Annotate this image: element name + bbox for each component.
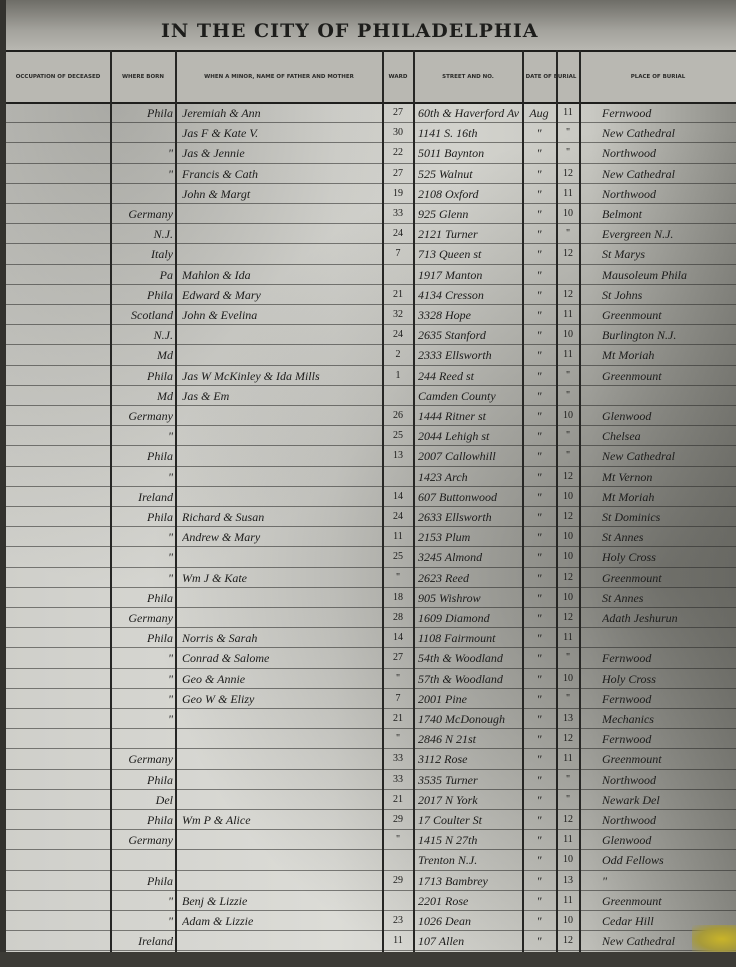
burial-month-cell: " [524,629,554,647]
place-cell: Northwood [602,185,732,203]
born-cell [118,851,177,869]
parents-cell [182,225,382,243]
occupation-cell [10,932,106,950]
burial-month-cell: " [524,831,554,849]
burial-day-cell: 12 [556,569,580,587]
burial-day-cell: 11 [556,831,580,849]
occupation-cell [10,346,106,364]
ward-cell: " [384,831,412,849]
born-cell: Germany [118,831,177,849]
table-row: "Geo W & Elizy72001 Pine""Fernwood [6,688,736,709]
table-row: PhilaNorris & Sarah141108 Fairmount"11 [6,627,736,648]
burial-day-cell: 12 [556,286,580,304]
street-cell: 713 Queen st [418,245,520,263]
table-row: PhilaRichard & Susan242633 Ellsworth"12S… [6,506,736,527]
table-row: "211740 McDonough"13Mechanics [6,708,736,729]
place-cell: " [602,872,732,890]
parents-cell: Benj & Lizzie [182,892,382,910]
occupation-cell [10,912,106,930]
table-row: Phila291713 Bambrey"13" [6,870,736,891]
born-cell: " [118,427,177,445]
occupation-cell [10,205,106,223]
born-cell [118,730,177,748]
table-row: Ireland11107 Allen"12New Cathedral [6,930,736,951]
place-cell: Fernwood [602,690,732,708]
burial-day-cell: 10 [556,205,580,223]
table-row: "Conrad & Salome2754th & Woodland""Fernw… [6,647,736,668]
table-row: Phila333535 Turner""Northwood [6,769,736,790]
burial-month-cell: " [524,205,554,223]
parents-cell [182,771,382,789]
occupation-cell [10,771,106,789]
occupation-cell [10,306,106,324]
burial-day-cell: 10 [556,488,580,506]
burial-month-cell: " [524,367,554,385]
parents-cell: Geo W & Elizy [182,690,382,708]
burial-day-cell: 11 [556,306,580,324]
parents-cell: Mahlon & Ida [182,266,382,284]
header-ward: WARD [383,52,413,102]
burial-month-cell: " [524,165,554,183]
ward-cell: 26 [384,407,412,425]
parents-cell [182,205,382,223]
ward-cell: 29 [384,811,412,829]
occupation-cell [10,750,106,768]
burial-day-cell: " [556,387,580,405]
table-row: "Andrew & Mary112153 Plum"10St Annes [6,526,736,547]
burial-month-cell: " [524,710,554,728]
burial-day-cell: 13 [556,710,580,728]
born-cell: N.J. [118,326,177,344]
born-cell: Phila [118,508,177,526]
occupation-cell [10,468,106,486]
ward-cell: 2 [384,346,412,364]
occupation-cell [10,266,106,284]
street-cell: 1415 N 27th [418,831,520,849]
parents-cell [182,710,382,728]
parents-cell: Conrad & Salome [182,649,382,667]
occupation-cell [10,124,106,142]
burial-month-cell: Aug [524,104,554,122]
table-row: N.J.242635 Stanford"10Burlington N.J. [6,324,736,345]
burial-day-cell: " [556,771,580,789]
place-cell: Northwood [602,771,732,789]
occupation-cell [10,245,106,263]
table-row: MdJas & EmCamden County"" [6,385,736,406]
ward-cell: " [384,569,412,587]
burial-month-cell: " [524,609,554,627]
occupation-cell [10,791,106,809]
burial-day-cell: 11 [556,892,580,910]
street-cell: 3112 Rose [418,750,520,768]
born-cell: Phila [118,589,177,607]
ward-cell: 22 [384,144,412,162]
burial-month-cell: " [524,468,554,486]
occupation-cell [10,104,106,122]
born-cell: " [118,144,177,162]
place-cell: New Cathedral [602,165,732,183]
burial-month-cell: " [524,427,554,445]
street-cell: 3245 Almond [418,548,520,566]
born-cell: Del [118,791,177,809]
street-cell: 2846 N 21st [418,730,520,748]
parents-cell: Jas W McKinley & Ida Mills [182,367,382,385]
parents-cell: Francis & Cath [182,165,382,183]
born-cell: " [118,912,177,930]
place-cell: Mt Moriah [602,488,732,506]
burial-month-cell: " [524,811,554,829]
column-header-row: OCCUPATION OF DECEASED WHERE BORN WHEN A… [6,50,736,104]
table-row: PhilaJas W McKinley & Ida Mills1244 Reed… [6,365,736,386]
place-cell: Odd Fellows [602,851,732,869]
header-occupation: OCCUPATION OF DECEASED [6,52,110,102]
scan-bottom-edge [0,952,736,967]
parents-cell [182,589,382,607]
street-cell: 1609 Diamond [418,609,520,627]
burial-month-cell: " [524,185,554,203]
parents-cell [182,407,382,425]
burial-month-cell: " [524,306,554,324]
street-cell: 1026 Dean [418,912,520,930]
parents-cell [182,427,382,445]
ward-cell: 11 [384,528,412,546]
burial-month-cell: " [524,286,554,304]
table-row: John & Margt192108 Oxford"11Northwood [6,183,736,204]
occupation-cell [10,569,106,587]
ward-cell: " [384,730,412,748]
ward-cell: 21 [384,710,412,728]
burial-day-cell: 12 [556,468,580,486]
ward-cell: 33 [384,205,412,223]
street-cell: 2635 Stanford [418,326,520,344]
place-cell: St Dominics [602,508,732,526]
street-cell: 1740 McDonough [418,710,520,728]
table-row: PhilaEdward & Mary214134 Cresson"12St Jo… [6,284,736,305]
parents-cell: Wm J & Kate [182,569,382,587]
burial-day-cell: " [556,447,580,465]
ward-cell: 32 [384,306,412,324]
table-row: PhilaJeremiah & Ann2760th & Haverford Av… [6,102,736,123]
parents-cell [182,851,382,869]
ward-cell: 29 [384,872,412,890]
burial-day-cell [556,266,580,284]
place-cell: Mausoleum Phila [602,266,732,284]
occupation-cell [10,447,106,465]
parents-cell: Wm P & Alice [182,811,382,829]
burial-month-cell: " [524,346,554,364]
ward-cell: 24 [384,508,412,526]
place-cell: New Cathedral [602,447,732,465]
born-cell [118,185,177,203]
place-cell: Northwood [602,144,732,162]
burial-day-cell: 12 [556,508,580,526]
burial-month-cell: " [524,670,554,688]
street-cell: 2153 Plum [418,528,520,546]
ward-cell: 7 [384,690,412,708]
ward-cell: 7 [384,245,412,263]
ward-cell: 1 [384,367,412,385]
burial-month-cell: " [524,771,554,789]
street-cell: 525 Walnut [418,165,520,183]
place-cell: Belmont [602,205,732,223]
born-cell: Germany [118,609,177,627]
table-row: Ireland14607 Buttonwood"10Mt Moriah [6,486,736,507]
table-row: Phila132007 Callowhill""New Cathedral [6,445,736,466]
place-cell: Greenmount [602,750,732,768]
street-cell: 2201 Rose [418,892,520,910]
parents-cell: John & Evelina [182,306,382,324]
place-cell: Adath Jeshurun [602,609,732,627]
table-row: Phila18905 Wishrow"10St Annes [6,587,736,608]
parents-cell: Andrew & Mary [182,528,382,546]
occupation-cell [10,225,106,243]
burial-day-cell: 10 [556,548,580,566]
title-band: IN THE CITY OF PHILADELPHIA [6,0,736,50]
table-row: "2846 N 21st"12Fernwood [6,728,736,749]
burial-month-cell: " [524,266,554,284]
place-cell: Greenmount [602,367,732,385]
table-row: "Geo & Annie"57th & Woodland"10Holy Cros… [6,668,736,689]
table-row: "Jas & Jennie225011 Baynton""Northwood [6,142,736,163]
born-cell: Germany [118,205,177,223]
place-cell: New Cathedral [602,124,732,142]
burial-month-cell: " [524,528,554,546]
parents-cell: Jeremiah & Ann [182,104,382,122]
burial-month-cell: " [524,912,554,930]
parents-cell [182,791,382,809]
burial-day-cell: 11 [556,185,580,203]
occupation-cell [10,629,106,647]
ward-cell: 33 [384,771,412,789]
table-row: Germany33925 Glenn"10Belmont [6,203,736,224]
occupation-cell [10,326,106,344]
born-cell: Italy [118,245,177,263]
born-cell: " [118,670,177,688]
place-cell: Greenmount [602,892,732,910]
parents-cell: Jas F & Kate V. [182,124,382,142]
table-row: Germany"1415 N 27th"11Glenwood [6,829,736,850]
burial-day-cell: " [556,690,580,708]
ward-cell: 19 [384,185,412,203]
occupation-cell [10,528,106,546]
ward-cell: " [384,670,412,688]
born-cell: " [118,649,177,667]
ward-cell: 27 [384,649,412,667]
street-cell: 1108 Fairmount [418,629,520,647]
ward-cell: 24 [384,326,412,344]
born-cell: " [118,892,177,910]
street-cell: 2333 Ellsworth [418,346,520,364]
place-cell: Newark Del [602,791,732,809]
street-cell: 60th & Haverford Av [418,104,520,122]
table-row: Jas F & Kate V.301141 S. 16th""New Cathe… [6,122,736,143]
table-row: N.J.242121 Turner""Evergreen N.J. [6,223,736,244]
born-cell: " [118,690,177,708]
parents-cell [182,447,382,465]
born-cell: " [118,528,177,546]
ward-cell: 25 [384,548,412,566]
burial-month-cell: " [524,851,554,869]
ward-cell: 24 [384,225,412,243]
burial-day-cell: 11 [556,104,580,122]
burial-month-cell: " [524,225,554,243]
table-row: "253245 Almond"10Holy Cross [6,546,736,567]
table-row: "Benj & Lizzie2201 Rose"11Greenmount [6,890,736,911]
street-cell: 2121 Turner [418,225,520,243]
parents-cell [182,730,382,748]
occupation-cell [10,548,106,566]
burial-day-cell: 12 [556,609,580,627]
place-cell: St Johns [602,286,732,304]
occupation-cell [10,488,106,506]
occupation-cell [10,710,106,728]
occupation-cell [10,690,106,708]
burial-day-cell: 10 [556,589,580,607]
occupation-cell [10,407,106,425]
parents-cell: Adam & Lizzie [182,912,382,930]
place-cell: Mechanics [602,710,732,728]
table-row: PaMahlon & Ida1917 Manton"Mausoleum Phil… [6,264,736,285]
parents-cell [182,468,382,486]
street-cell: 1444 Ritner st [418,407,520,425]
burial-day-cell: 12 [556,811,580,829]
table-row: "Adam & Lizzie231026 Dean"10Cedar Hill [6,910,736,931]
page-title: IN THE CITY OF PHILADELPHIA [161,20,591,42]
parents-cell: John & Margt [182,185,382,203]
place-cell: Fernwood [602,730,732,748]
burial-day-cell: " [556,649,580,667]
burial-day-cell: 12 [556,932,580,950]
born-cell: " [118,548,177,566]
ward-cell: 30 [384,124,412,142]
burial-month-cell: " [524,144,554,162]
place-cell: St Annes [602,589,732,607]
parents-cell [182,548,382,566]
street-cell: 1713 Bambrey [418,872,520,890]
parents-cell: Geo & Annie [182,670,382,688]
burial-day-cell: " [556,791,580,809]
born-cell: Phila [118,104,177,122]
born-cell: Phila [118,811,177,829]
burial-month-cell: " [524,791,554,809]
street-cell: 2044 Lehigh st [418,427,520,445]
burial-day-cell: 11 [556,629,580,647]
header-place: PLACE OF BURIAL [580,52,736,102]
street-cell: Trenton N.J. [418,851,520,869]
burial-day-cell: 10 [556,528,580,546]
occupation-cell [10,872,106,890]
place-cell: Chelsea [602,427,732,445]
street-cell: 2007 Callowhill [418,447,520,465]
occupation-cell [10,589,106,607]
born-cell: " [118,569,177,587]
burial-month-cell: " [524,387,554,405]
parents-cell [182,831,382,849]
occupation-cell [10,508,106,526]
place-cell: Holy Cross [602,670,732,688]
street-cell: 57th & Woodland [418,670,520,688]
born-cell: Pa [118,266,177,284]
burial-day-cell: 10 [556,407,580,425]
ward-cell [384,851,412,869]
street-cell: 3328 Hope [418,306,520,324]
born-cell: Ireland [118,488,177,506]
burial-month-cell: " [524,649,554,667]
parents-cell [182,872,382,890]
parents-cell: Jas & Jennie [182,144,382,162]
burial-month-cell: " [524,447,554,465]
street-cell: 107 Allen [418,932,520,950]
born-cell: " [118,710,177,728]
register-page: IN THE CITY OF PHILADELPHIA OCCUPATION O… [6,0,736,958]
ward-cell: 23 [384,912,412,930]
born-cell: Md [118,387,177,405]
header-date: DATE OF BURIAL [523,52,579,102]
born-cell: Scotland [118,306,177,324]
place-cell: Holy Cross [602,548,732,566]
ward-cell: 33 [384,750,412,768]
burial-month-cell: " [524,730,554,748]
born-cell: Phila [118,629,177,647]
burial-day-cell: 10 [556,851,580,869]
table-row: Md22333 Ellsworth"11Mt Moriah [6,344,736,365]
table-row: Germany333112 Rose"11Greenmount [6,748,736,769]
place-cell [602,629,732,647]
burial-month-cell: " [524,932,554,950]
burial-day-cell: " [556,124,580,142]
street-cell: 607 Buttonwood [418,488,520,506]
occupation-cell [10,609,106,627]
burial-day-cell: 12 [556,165,580,183]
table-row: Trenton N.J."10Odd Fellows [6,849,736,870]
burial-day-cell: 10 [556,912,580,930]
ward-cell: 11 [384,932,412,950]
table-row: PhilaWm P & Alice2917 Coulter St"12North… [6,809,736,830]
burial-month-cell: " [524,407,554,425]
street-cell: 54th & Woodland [418,649,520,667]
table-row: "Francis & Cath27525 Walnut"12New Cathed… [6,163,736,184]
street-cell: 4134 Cresson [418,286,520,304]
street-cell: 2108 Oxford [418,185,520,203]
burial-month-cell: " [524,872,554,890]
occupation-cell [10,286,106,304]
ward-cell: 21 [384,791,412,809]
burial-day-cell: " [556,225,580,243]
parents-cell: Norris & Sarah [182,629,382,647]
place-cell: Glenwood [602,831,732,849]
born-cell: " [118,468,177,486]
parents-cell: Jas & Em [182,387,382,405]
occupation-cell [10,811,106,829]
place-cell [602,387,732,405]
parents-cell [182,609,382,627]
burial-day-cell: 10 [556,326,580,344]
place-cell: St Annes [602,528,732,546]
parents-cell [182,932,382,950]
street-cell: 3535 Turner [418,771,520,789]
street-cell: 925 Glenn [418,205,520,223]
parents-cell [182,750,382,768]
occupation-cell [10,367,106,385]
ward-cell [384,387,412,405]
ward-cell: 27 [384,165,412,183]
highlight-stain [692,925,736,953]
burial-day-cell: 13 [556,872,580,890]
street-cell: 2633 Ellsworth [418,508,520,526]
born-cell: Phila [118,872,177,890]
occupation-cell [10,730,106,748]
born-cell: Md [118,346,177,364]
